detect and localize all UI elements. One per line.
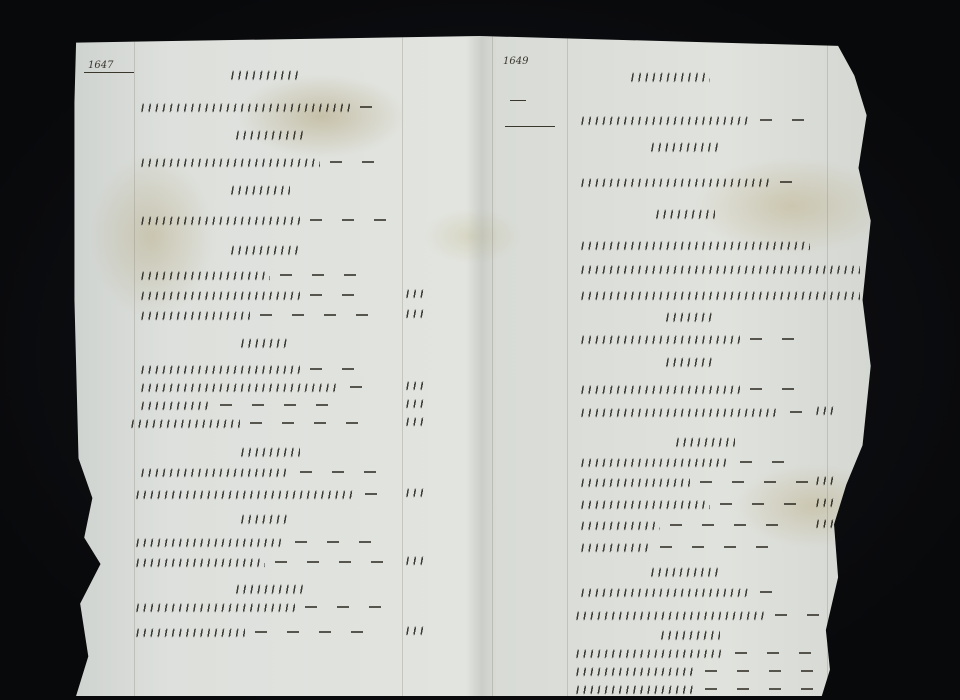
handwritten-text [580,476,690,489]
ledger-entry [580,288,860,302]
amount-cell [405,623,427,637]
leader-dash [775,614,787,616]
leader-dash [760,591,772,593]
leader-dash [342,368,354,370]
leader-dash [292,314,304,316]
handwritten-text [140,399,210,412]
left-margin-underline [84,72,134,73]
leader-dash [750,338,762,340]
ledger-heading [230,183,290,197]
handwritten-text [140,214,300,227]
ledger-entry [575,682,823,696]
left-margin-rule [134,36,135,696]
handwritten-amount [405,554,427,567]
leader-dash [360,106,372,108]
leader-dash [365,493,377,495]
ledger-entry [140,268,366,282]
handwritten-text [630,70,710,84]
handwritten-text [135,536,285,549]
leader-dash [327,541,339,543]
leader-dash [801,670,813,672]
leader-dash [319,631,331,633]
handwritten-amount [405,287,427,300]
leader-dash [316,404,328,406]
handwritten-amount [405,624,427,637]
handwritten-text [655,207,715,221]
leader-dash [356,314,368,316]
handwritten-text [580,383,740,396]
ledger-heading [665,355,715,369]
ledger-entry [580,540,778,554]
leader-dash [362,161,374,163]
leader-dash [737,688,749,690]
handwritten-text [580,498,710,511]
handwritten-text [240,512,290,526]
leader-dash [314,422,326,424]
ledger-entry [140,398,338,412]
ledger-heading [660,628,720,642]
handwritten-text [235,582,305,596]
leader-dash [732,481,744,483]
ledger-entry [580,455,794,469]
handwritten-amount [815,404,837,417]
handwritten-text [140,309,250,322]
leader-dash [764,481,776,483]
leader-dash [769,688,781,690]
handwritten-text [575,609,765,622]
handwritten-text [140,381,340,394]
handwritten-text [140,466,290,479]
leader-dash [782,338,794,340]
handwritten-text [240,445,300,459]
ledger-heading [630,70,710,84]
leader-dash [252,404,264,406]
ledger-heading [675,435,735,449]
leader-dash [705,670,717,672]
amount-cell [405,306,427,320]
ledger-entry [580,175,802,189]
leader-dash [287,631,299,633]
leader-dash [300,471,312,473]
leader-dash [359,541,371,543]
handwritten-text [140,289,300,302]
handwritten-text [675,435,735,449]
amount-cell [815,516,837,530]
handwritten-text [580,114,750,127]
leader-dash [756,546,768,548]
right-amount-rule [827,36,828,696]
left-margin-note: 1647 [88,60,113,71]
leader-dash [784,503,796,505]
handwritten-text [580,289,860,302]
ledger-heading [665,310,715,324]
amount-cell [405,553,427,567]
leader-dash [350,386,362,388]
leader-dash [750,388,762,390]
leader-dash [799,652,811,654]
leader-dash [760,119,772,121]
ledger-entry [140,288,364,302]
ledger-heading [655,207,715,221]
ledger-entry [135,555,393,569]
center-rule [492,36,493,696]
handwritten-text [140,363,300,376]
ledger-entry [575,646,821,660]
leader-dash [702,524,714,526]
leader-dash [790,411,802,413]
handwritten-text [580,519,660,532]
ledger-entry [135,625,373,639]
leader-dash [766,524,778,526]
handwritten-text [580,586,750,599]
ledger-entry [140,100,382,114]
leader-dash [220,404,232,406]
leader-dash [782,388,794,390]
handwritten-amount [405,415,427,428]
leader-dash [772,461,784,463]
ledger-entry [580,405,812,419]
handwritten-text [650,140,720,154]
leader-dash [255,631,267,633]
ledger-entry [135,600,391,614]
leader-dash [332,471,344,473]
handwritten-text [650,565,720,579]
leader-dash [295,541,307,543]
amount-cell [405,396,427,410]
handwritten-amount [815,474,837,487]
ledger-entry [140,380,372,394]
handwritten-text [580,406,780,419]
ledger-entry [580,497,806,511]
ledger-entry [580,585,782,599]
leader-dash [752,503,764,505]
leader-dash [705,688,717,690]
leader-dash [735,652,747,654]
leader-dash [660,546,672,548]
handwritten-text [580,239,810,252]
handwritten-text [580,263,860,276]
handwritten-text [135,556,265,569]
ledger-entry [580,332,804,346]
handwritten-text [135,626,245,639]
leader-dash [342,219,354,221]
amount-cell [815,473,837,487]
handwritten-text [660,628,720,642]
leader-dash [364,471,376,473]
right-margin-rule [567,36,568,696]
leader-dash [310,219,322,221]
handwritten-text [135,488,355,501]
handwritten-text [230,243,300,257]
ledger-entry [575,664,823,678]
amount-cell [405,286,427,300]
leader-dash [342,294,354,296]
leader-dash [670,524,682,526]
amount-cell [815,495,837,509]
handwritten-text [580,541,650,554]
leader-dash [275,561,287,563]
handwritten-text [230,183,290,197]
leader-dash [310,294,322,296]
amount-cell [405,414,427,428]
leader-dash [374,219,386,221]
handwritten-text [580,176,770,189]
ledger-entry [130,416,368,430]
leader-dash [307,561,319,563]
handwritten-text [140,156,320,169]
handwritten-text [140,269,270,282]
leader-dash [346,422,358,424]
leader-dash [284,404,296,406]
handwritten-text [235,128,305,142]
leader-dash [371,561,383,563]
handwritten-amount [405,486,427,499]
leader-dash [260,314,272,316]
handwritten-amount [405,397,427,410]
ledger-entry [580,382,804,396]
ledger-entry [140,308,378,322]
leader-dash [339,561,351,563]
handwritten-amount [405,379,427,392]
leader-dash [312,274,324,276]
leader-dash [692,546,704,548]
handwritten-text [580,333,740,346]
leader-dash [724,546,736,548]
ledger-entry [140,213,396,227]
ledger-heading [240,336,290,350]
ledger-entry [140,465,386,479]
ledger-heading [230,243,300,257]
leader-dash [801,688,813,690]
leader-dash [780,181,792,183]
handwritten-amount [405,307,427,320]
leader-dash [807,614,819,616]
ledger-heading [230,68,300,82]
leader-dash [792,119,804,121]
leader-dash [796,481,808,483]
ledger-entry [580,518,788,532]
ledger-heading [650,140,720,154]
handwritten-amount [815,496,837,509]
ledger-heading [650,565,720,579]
amount-cell [405,485,427,499]
handwritten-text [580,456,730,469]
ledger-entry [580,262,860,276]
handwritten-text [240,336,290,350]
leader-dash [734,524,746,526]
leader-dash [330,161,342,163]
ledger-entry [135,535,381,549]
ledger-entry [580,113,814,127]
handwritten-text [665,310,715,324]
ledger-heading [240,445,300,459]
left-amount-rule [402,36,403,696]
right-margin-note: 1649 [503,56,528,67]
leader-dash [767,652,779,654]
leader-dash [282,422,294,424]
amount-cell [405,378,427,392]
ledger-entry [580,238,810,252]
leader-dash [769,670,781,672]
leader-dash [700,481,712,483]
handwritten-text [230,68,300,82]
ledger-entry [135,487,387,501]
ledger-heading [240,512,290,526]
amount-cell [815,403,837,417]
leader-dash [737,670,749,672]
handwritten-text [575,683,695,696]
handwritten-text [130,417,240,430]
leader-dash [369,606,381,608]
leader-dash [305,606,317,608]
right-margin-glyph [510,90,526,101]
right-margin-underline [505,126,555,127]
handwritten-text [665,355,715,369]
ledger-heading [235,128,305,142]
leader-dash [344,274,356,276]
leader-dash [740,461,752,463]
leader-dash [337,606,349,608]
leader-dash [280,274,292,276]
leader-dash [324,314,336,316]
handwritten-amount [815,517,837,530]
ledger-entry [580,475,818,489]
ledger-entry [140,155,384,169]
handwritten-text [140,101,350,114]
handwritten-text [575,665,695,678]
leader-dash [310,368,322,370]
handwritten-text [135,601,295,614]
ledger-entry [140,362,364,376]
leader-dash [351,631,363,633]
leader-dash [250,422,262,424]
leader-dash [720,503,732,505]
ledger-heading [235,582,305,596]
ledger-entry [575,608,829,622]
handwritten-text [575,647,725,660]
